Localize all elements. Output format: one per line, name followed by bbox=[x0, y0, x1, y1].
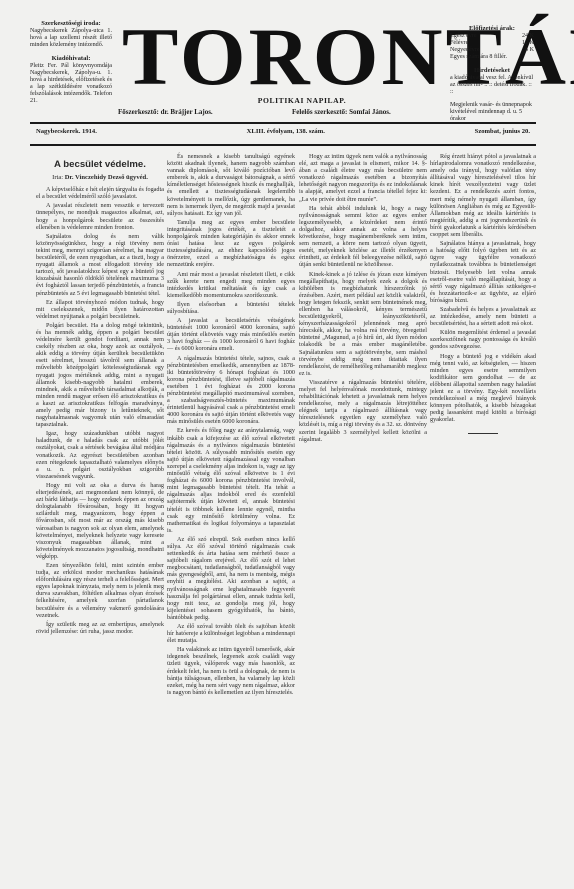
newspaper-logo: TORONTÁL bbox=[122, 14, 462, 100]
ads-title: Hirdetéseket bbox=[450, 67, 534, 74]
prices-title: Előfizetési árak: bbox=[450, 25, 534, 32]
editorial-office-title: Szerkesztőségi iroda: bbox=[30, 20, 112, 27]
article-byline: Irta: Dr. Vinczehidy Dezső ügyvéd. bbox=[36, 174, 164, 181]
publishing-office-text: Pleitz Fer. Pál könyvnyomdája Nagybecske… bbox=[30, 63, 112, 105]
price-row: Félévre 12 K bbox=[450, 40, 534, 47]
paragraph: Hogy a büntető jog e vidékén akad még te… bbox=[430, 353, 536, 424]
masthead-right-box: Előfizetési árak: Egész évre 24 K Félévr… bbox=[450, 25, 534, 129]
price-row: Egész évre 24 K bbox=[450, 33, 534, 40]
price-row: Negyedévre 6 K bbox=[450, 47, 534, 54]
responsible-editor: Felelős szerkesztő: Somfai János. bbox=[292, 108, 391, 116]
editorial-office-text: Nagybecskerek Zápolya-utca 1. hová a lap… bbox=[30, 28, 112, 49]
publishing-office-title: Kiadóhivatal: bbox=[30, 55, 112, 62]
paragraph: Ezen tényezőkön felül, mint szintén embe… bbox=[36, 562, 164, 619]
paragraph: Polgári becsület. Ha a dolog mögé tekint… bbox=[36, 322, 164, 428]
dateline: Nagybecskerek. 1914. XLIII. évfolyam, 13… bbox=[36, 128, 530, 135]
price-label: Egész évre bbox=[450, 33, 477, 40]
paragraph: A javaslat részleteit nem vesszük e terv… bbox=[36, 202, 164, 230]
masthead-left-box: Szerkesztőségi iroda: Nagybecskerek Zápo… bbox=[30, 20, 112, 111]
publication-schedule: Megjelenik vasár- és ünnepnapok kivételé… bbox=[450, 102, 534, 123]
paragraph: Így születik meg az az embertípus, amely… bbox=[36, 621, 164, 635]
paragraph: Ez állapot törvényhozó módon tudnak, hog… bbox=[36, 299, 164, 320]
paragraph: Az élő szó elrepül. Sok esetben nincs ke… bbox=[167, 536, 295, 621]
price-value: 6 K bbox=[525, 47, 534, 54]
price-label: Félévre bbox=[450, 40, 468, 47]
volume-issue: XLIII. évfolyam, 138. szám. bbox=[247, 128, 325, 135]
paragraph: Igaz, hogy századunkban utóbbi nagyot ha… bbox=[36, 430, 164, 480]
paragraph: Ez kevés és főleg nagy az aránytalanság,… bbox=[167, 427, 295, 533]
newspaper-subtitle: POLITIKAI NAPILAP. bbox=[222, 96, 382, 105]
paragraph: Rég érzett hiányt pótol a javaslatnak a … bbox=[430, 153, 536, 238]
paragraph: Hogy mi volt az oka a durva és harag elt… bbox=[36, 482, 164, 560]
paragraph: A rágalmazás büntetési tétele, sajnos, c… bbox=[167, 355, 295, 426]
paragraph: Ha valakinek az intim ügyeiről ismerősök… bbox=[167, 646, 295, 696]
price-value: 24 K bbox=[522, 33, 534, 40]
issue-date: Szombat, junius 20. bbox=[475, 128, 530, 135]
paragraph: Ami már most a javaslat részleteit illet… bbox=[167, 271, 295, 299]
paragraph: A képviselőház e hét elején tárgyalta és… bbox=[36, 186, 164, 200]
byline-author: Dr. Vinczehidy Dezső ügyvéd. bbox=[65, 174, 148, 181]
price-value: 12 K bbox=[522, 40, 534, 47]
article-column-3: Hogy az intim ügyek nem valók a nyilváno… bbox=[299, 153, 427, 445]
paragraph: Sajnálatos dolog és nem válik közönyössé… bbox=[36, 233, 164, 297]
byline-prefix: Irta: bbox=[52, 174, 63, 181]
top-rule bbox=[30, 122, 536, 124]
single-issue-price: Egyes szám ára 8 fillér. bbox=[450, 54, 534, 61]
ads-text: a kiadóhivatal vesz fel. Azonkívül az ös… bbox=[450, 75, 534, 96]
paragraph: Ha tehát abból indulunk ki, hogy a nagy … bbox=[299, 205, 427, 269]
newspaper-page: Szerkesztőségi iroda: Nagybecskerek Zápo… bbox=[0, 0, 574, 889]
paragraph: Külön megemlítést érdemel a javaslat sze… bbox=[430, 329, 536, 350]
place-year: Nagybecskerek. 1914. bbox=[36, 128, 97, 135]
paragraph: A javaslat a becsületsértés vétségének b… bbox=[167, 317, 295, 352]
paragraph: Visszatérve a rágalmazás büntetési tétel… bbox=[299, 379, 427, 443]
editor-in-chief: Főszerkesztő: dr. Brájjer Lajos. bbox=[118, 108, 213, 116]
paragraph: Kinek-kinek a jó izlése és józan esze kí… bbox=[299, 271, 427, 377]
paragraph: Ilyen elsősorban a büntetési tételek súl… bbox=[167, 301, 295, 315]
article-column-1: A becsület védelme. Irta: Dr. Vinczehidy… bbox=[36, 153, 164, 637]
article-end-rule bbox=[468, 433, 498, 434]
paragraph: Szabadelvű és helyes a javaslatnak az az… bbox=[430, 306, 536, 327]
article-column-4: Rég érzett hiányt pótol a javaslatnak a … bbox=[430, 153, 536, 434]
paragraph: Tanulja meg az egyes ember becsülete int… bbox=[167, 219, 295, 269]
paragraph: És nemesnek a kisebb tanultságú egyének … bbox=[167, 153, 295, 217]
paragraph: Hogy az intim ügyek nem valók a nyilváno… bbox=[299, 153, 427, 203]
paragraph: Sajnálatos hiánya a javaslatnak, hogy a … bbox=[430, 240, 536, 304]
bottom-rule bbox=[30, 144, 536, 146]
price-label: Negyedévre bbox=[450, 47, 479, 54]
paragraph: Az élő szóval tovább ölelt és sajtóban k… bbox=[167, 623, 295, 644]
article-headline: A becsület védelme. bbox=[36, 161, 164, 168]
article-column-2: És nemesnek a kisebb tanultságú egyének … bbox=[167, 153, 295, 698]
